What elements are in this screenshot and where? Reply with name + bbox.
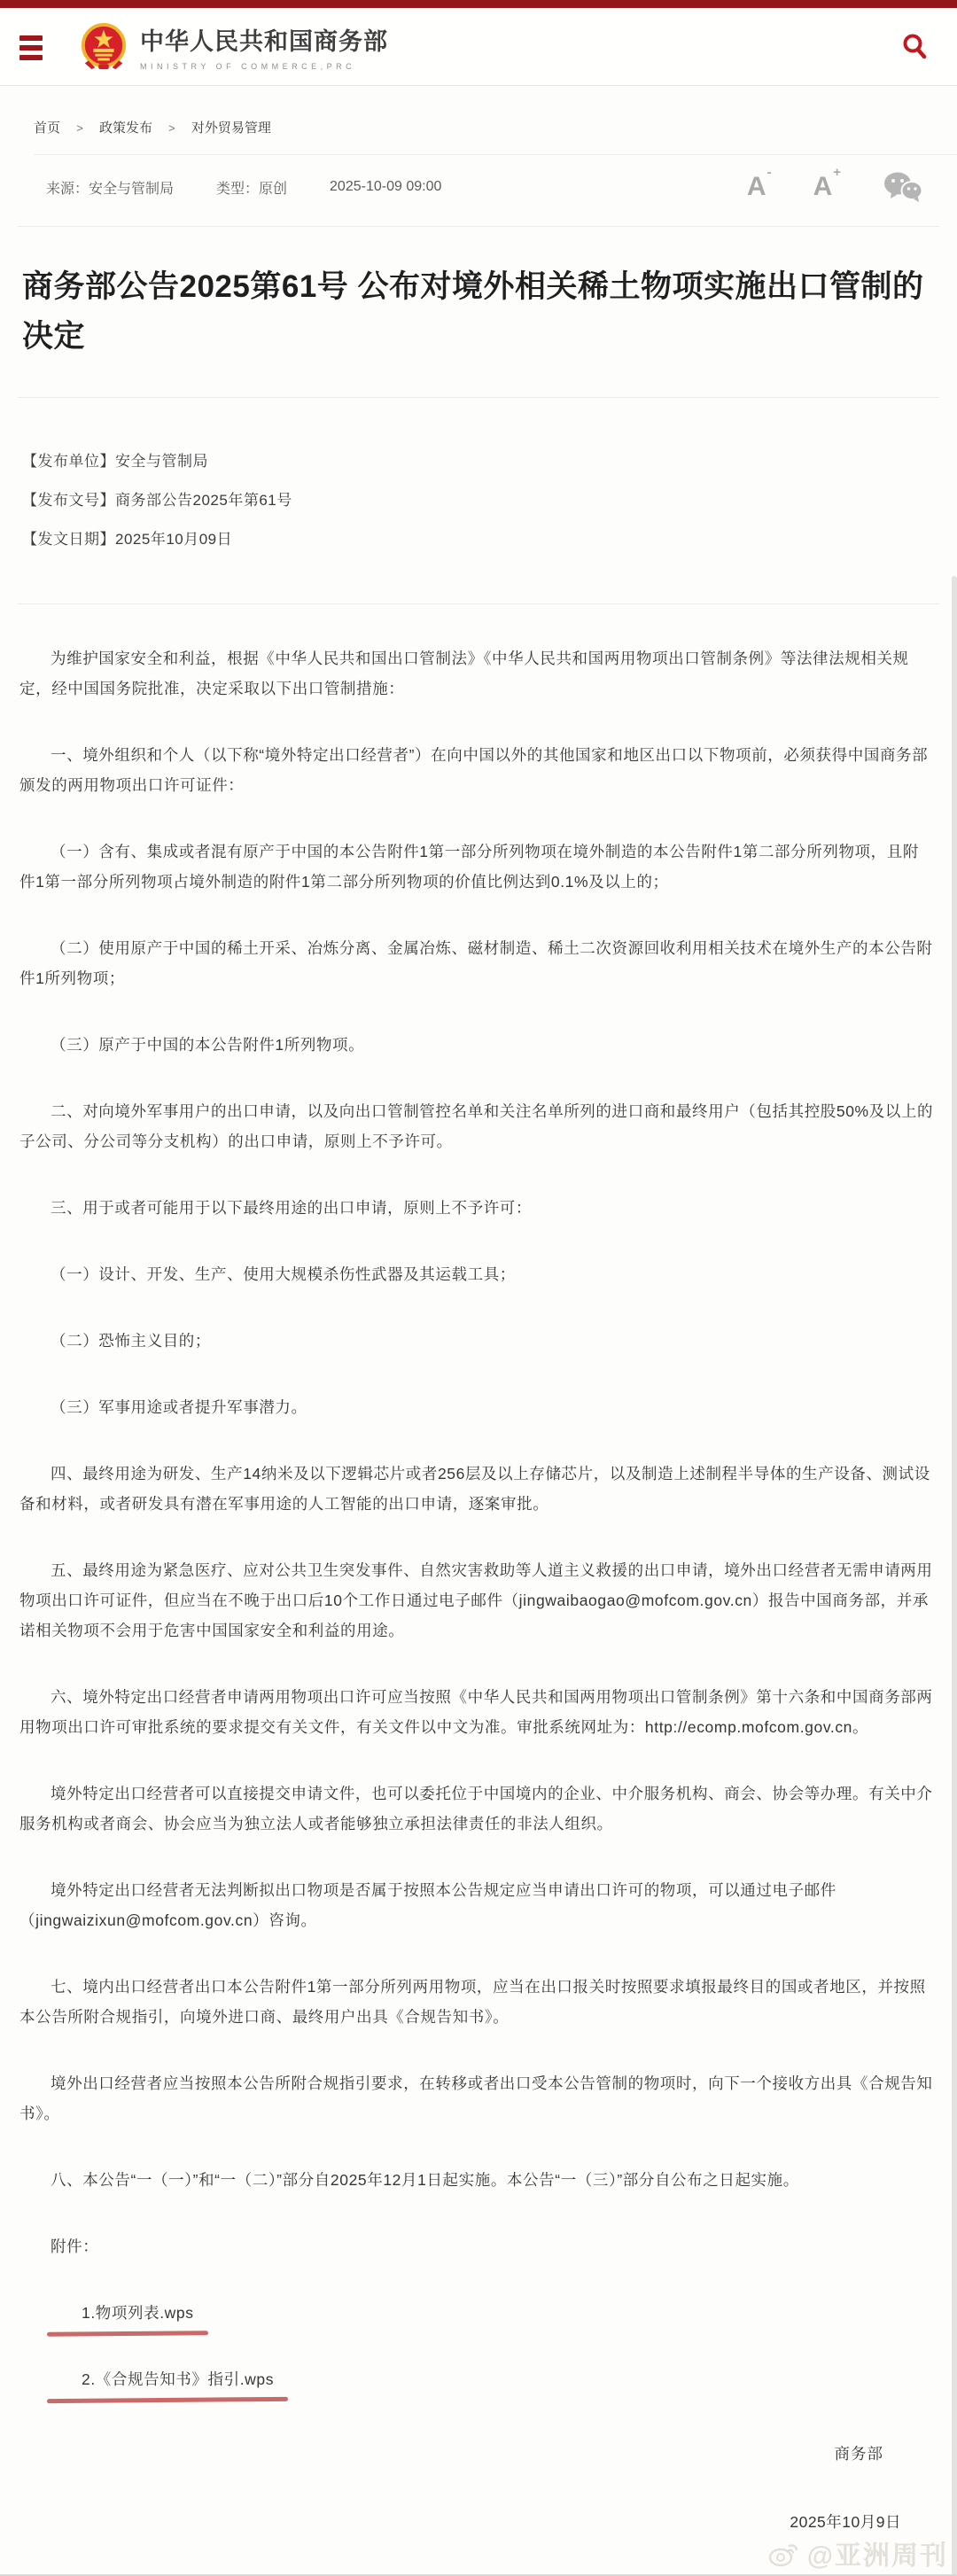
red-underline-marker bbox=[47, 2397, 288, 2403]
attachment-link-text: 2.《合规告知书》指引.wps bbox=[82, 2370, 274, 2388]
paragraph: 境外出口经营者应当按照本公告所附合规指引要求，在转移或者出口受本公告管制的物项时… bbox=[19, 2068, 935, 2129]
site-header: 中华人民共和国商务部 MINISTRY OF COMMERCE,PRC bbox=[0, 8, 957, 86]
pub-number: 【发布文号】商务部公告2025年第61号 bbox=[22, 481, 935, 520]
mofcom-announcement-page: 中华人民共和国商务部 MINISTRY OF COMMERCE,PRC 首页 >… bbox=[0, 0, 957, 2576]
font-increase-button[interactable]: A+ bbox=[813, 174, 840, 200]
paragraph: 五、最终用途为紧急医疗、应对公共卫生突发事件、自然灾害救助等人道主义救援的出口申… bbox=[19, 1555, 935, 1646]
weibo-icon bbox=[768, 2539, 802, 2567]
attachment-row: 2.《合规告知书》指引.wps bbox=[19, 2364, 935, 2394]
article-body: 为维护国家安全和利益，根据《中华人民共和国出口管制法》《中华人民共和国两用物项出… bbox=[0, 604, 957, 2533]
watermark: @亚洲周刊 bbox=[768, 2533, 948, 2572]
attachment-link-compliance-guide[interactable]: 2.《合规告知书》指引.wps bbox=[51, 2364, 274, 2394]
paragraph: （一）设计、开发、生产、使用大规模杀伤性武器及其运载工具； bbox=[19, 1259, 935, 1289]
menu-icon[interactable] bbox=[19, 35, 43, 60]
breadcrumb-home[interactable]: 首页 bbox=[34, 121, 60, 136]
search-icon[interactable] bbox=[900, 32, 930, 62]
national-emblem-logo bbox=[78, 23, 129, 71]
publication-info: 【发布单位】安全与管制局 【发布文号】商务部公告2025年第61号 【发文日期】… bbox=[0, 398, 957, 577]
attachments-label: 附件： bbox=[19, 2231, 935, 2261]
watermark-text: @亚洲周刊 bbox=[807, 2533, 948, 2572]
signature-date: 2025年10月9日 bbox=[19, 2510, 935, 2533]
meta-datetime: 2025-10-09 09:00 bbox=[330, 179, 441, 195]
brand-name-cn: 中华人民共和国商务部 bbox=[140, 22, 388, 57]
divider bbox=[34, 154, 957, 155]
font-decrease-button[interactable]: A- bbox=[747, 174, 771, 200]
signature-org: 商务部 bbox=[19, 2442, 935, 2464]
paragraph: 八、本公告“一（一）”和“一（二）”部分自2025年12月1日起实施。本公告“一… bbox=[19, 2165, 935, 2195]
wechat-share-icon[interactable] bbox=[883, 171, 923, 203]
paragraph: 三、用于或者可能用于以下最终用途的出口申请，原则上不予许可： bbox=[19, 1193, 935, 1223]
article-meta: 来源：安全与管制局 类型：原创 2025-10-09 09:00 A- A+ bbox=[46, 171, 939, 226]
brand-name-en: MINISTRY OF COMMERCE,PRC bbox=[140, 62, 388, 71]
divider bbox=[18, 226, 939, 227]
paragraph: （三）原产于中国的本公告附件1所列物项。 bbox=[19, 1030, 935, 1060]
paragraph: （二）恐怖主义目的； bbox=[19, 1326, 935, 1356]
pub-date: 【发文日期】2025年10月09日 bbox=[22, 520, 935, 559]
paragraph: 七、境内出口经营者出口本公告附件1第一部分所列两用物项，应当在出口报关时按照要求… bbox=[19, 1972, 935, 2032]
paragraph: 境外特定出口经营者可以直接提交申请文件，也可以委托位于中国境内的企业、中介服务机… bbox=[19, 1778, 935, 1839]
top-accent-bar bbox=[0, 0, 957, 8]
breadcrumb-separator: > bbox=[168, 121, 175, 135]
paragraph: 六、境外特定出口经营者申请两用物项出口许可应当按照《中华人民共和国两用物项出口管… bbox=[19, 1682, 935, 1742]
red-underline-marker bbox=[47, 2331, 208, 2337]
attachment-link-item-list[interactable]: 1.物项列表.wps bbox=[51, 2298, 194, 2328]
attachment-row: 1.物项列表.wps bbox=[19, 2298, 935, 2328]
breadcrumb-policy[interactable]: 政策发布 bbox=[99, 121, 152, 136]
breadcrumb: 首页 > 政策发布 > 对外贸易管理 bbox=[0, 86, 957, 154]
paragraph: 四、最终用途为研发、生产14纳米及以下逻辑芯片或者256层及以上存储芯片，以及制… bbox=[19, 1459, 935, 1519]
attachment-link-text: 1.物项列表.wps bbox=[82, 2304, 194, 2322]
meta-type: 类型：原创 bbox=[216, 177, 287, 198]
paragraph: 境外特定出口经营者无法判断拟出口物项是否属于按照本公告规定应当申请出口许可的物项… bbox=[19, 1875, 935, 1935]
paragraph: （一）含有、集成或者混有原产于中国的本公告附件1第一部分所列物项在境外制造的本公… bbox=[19, 837, 935, 897]
paragraph: （二）使用原产于中国的稀土开采、冶炼分离、金属冶炼、磁材制造、稀土二次资源回收利… bbox=[19, 933, 935, 993]
scrollbar[interactable] bbox=[952, 576, 957, 2576]
paragraph: 一、境外组织和个人（以下称“境外特定出口经营者”）在向中国以外的其他国家和地区出… bbox=[19, 740, 935, 800]
article-title: 商务部公告2025第61号 公布对境外相关稀土物项实施出口管制的决定 bbox=[22, 262, 935, 362]
pub-unit: 【发布单位】安全与管制局 bbox=[22, 442, 935, 481]
paragraph: 为维护国家安全和利益，根据《中华人民共和国出口管制法》《中华人民共和国两用物项出… bbox=[19, 643, 935, 704]
breadcrumb-foreign-trade[interactable]: 对外贸易管理 bbox=[191, 121, 271, 136]
meta-source: 来源：安全与管制局 bbox=[46, 177, 174, 198]
paragraph: 二、对向境外军事用户的出口申请，以及向出口管制管控名单和关注名单所列的进口商和最… bbox=[19, 1096, 935, 1156]
breadcrumb-separator: > bbox=[76, 121, 83, 135]
brand-block: 中华人民共和国商务部 MINISTRY OF COMMERCE,PRC bbox=[140, 22, 388, 71]
paragraph: （三）军事用途或者提升军事潜力。 bbox=[19, 1392, 935, 1422]
